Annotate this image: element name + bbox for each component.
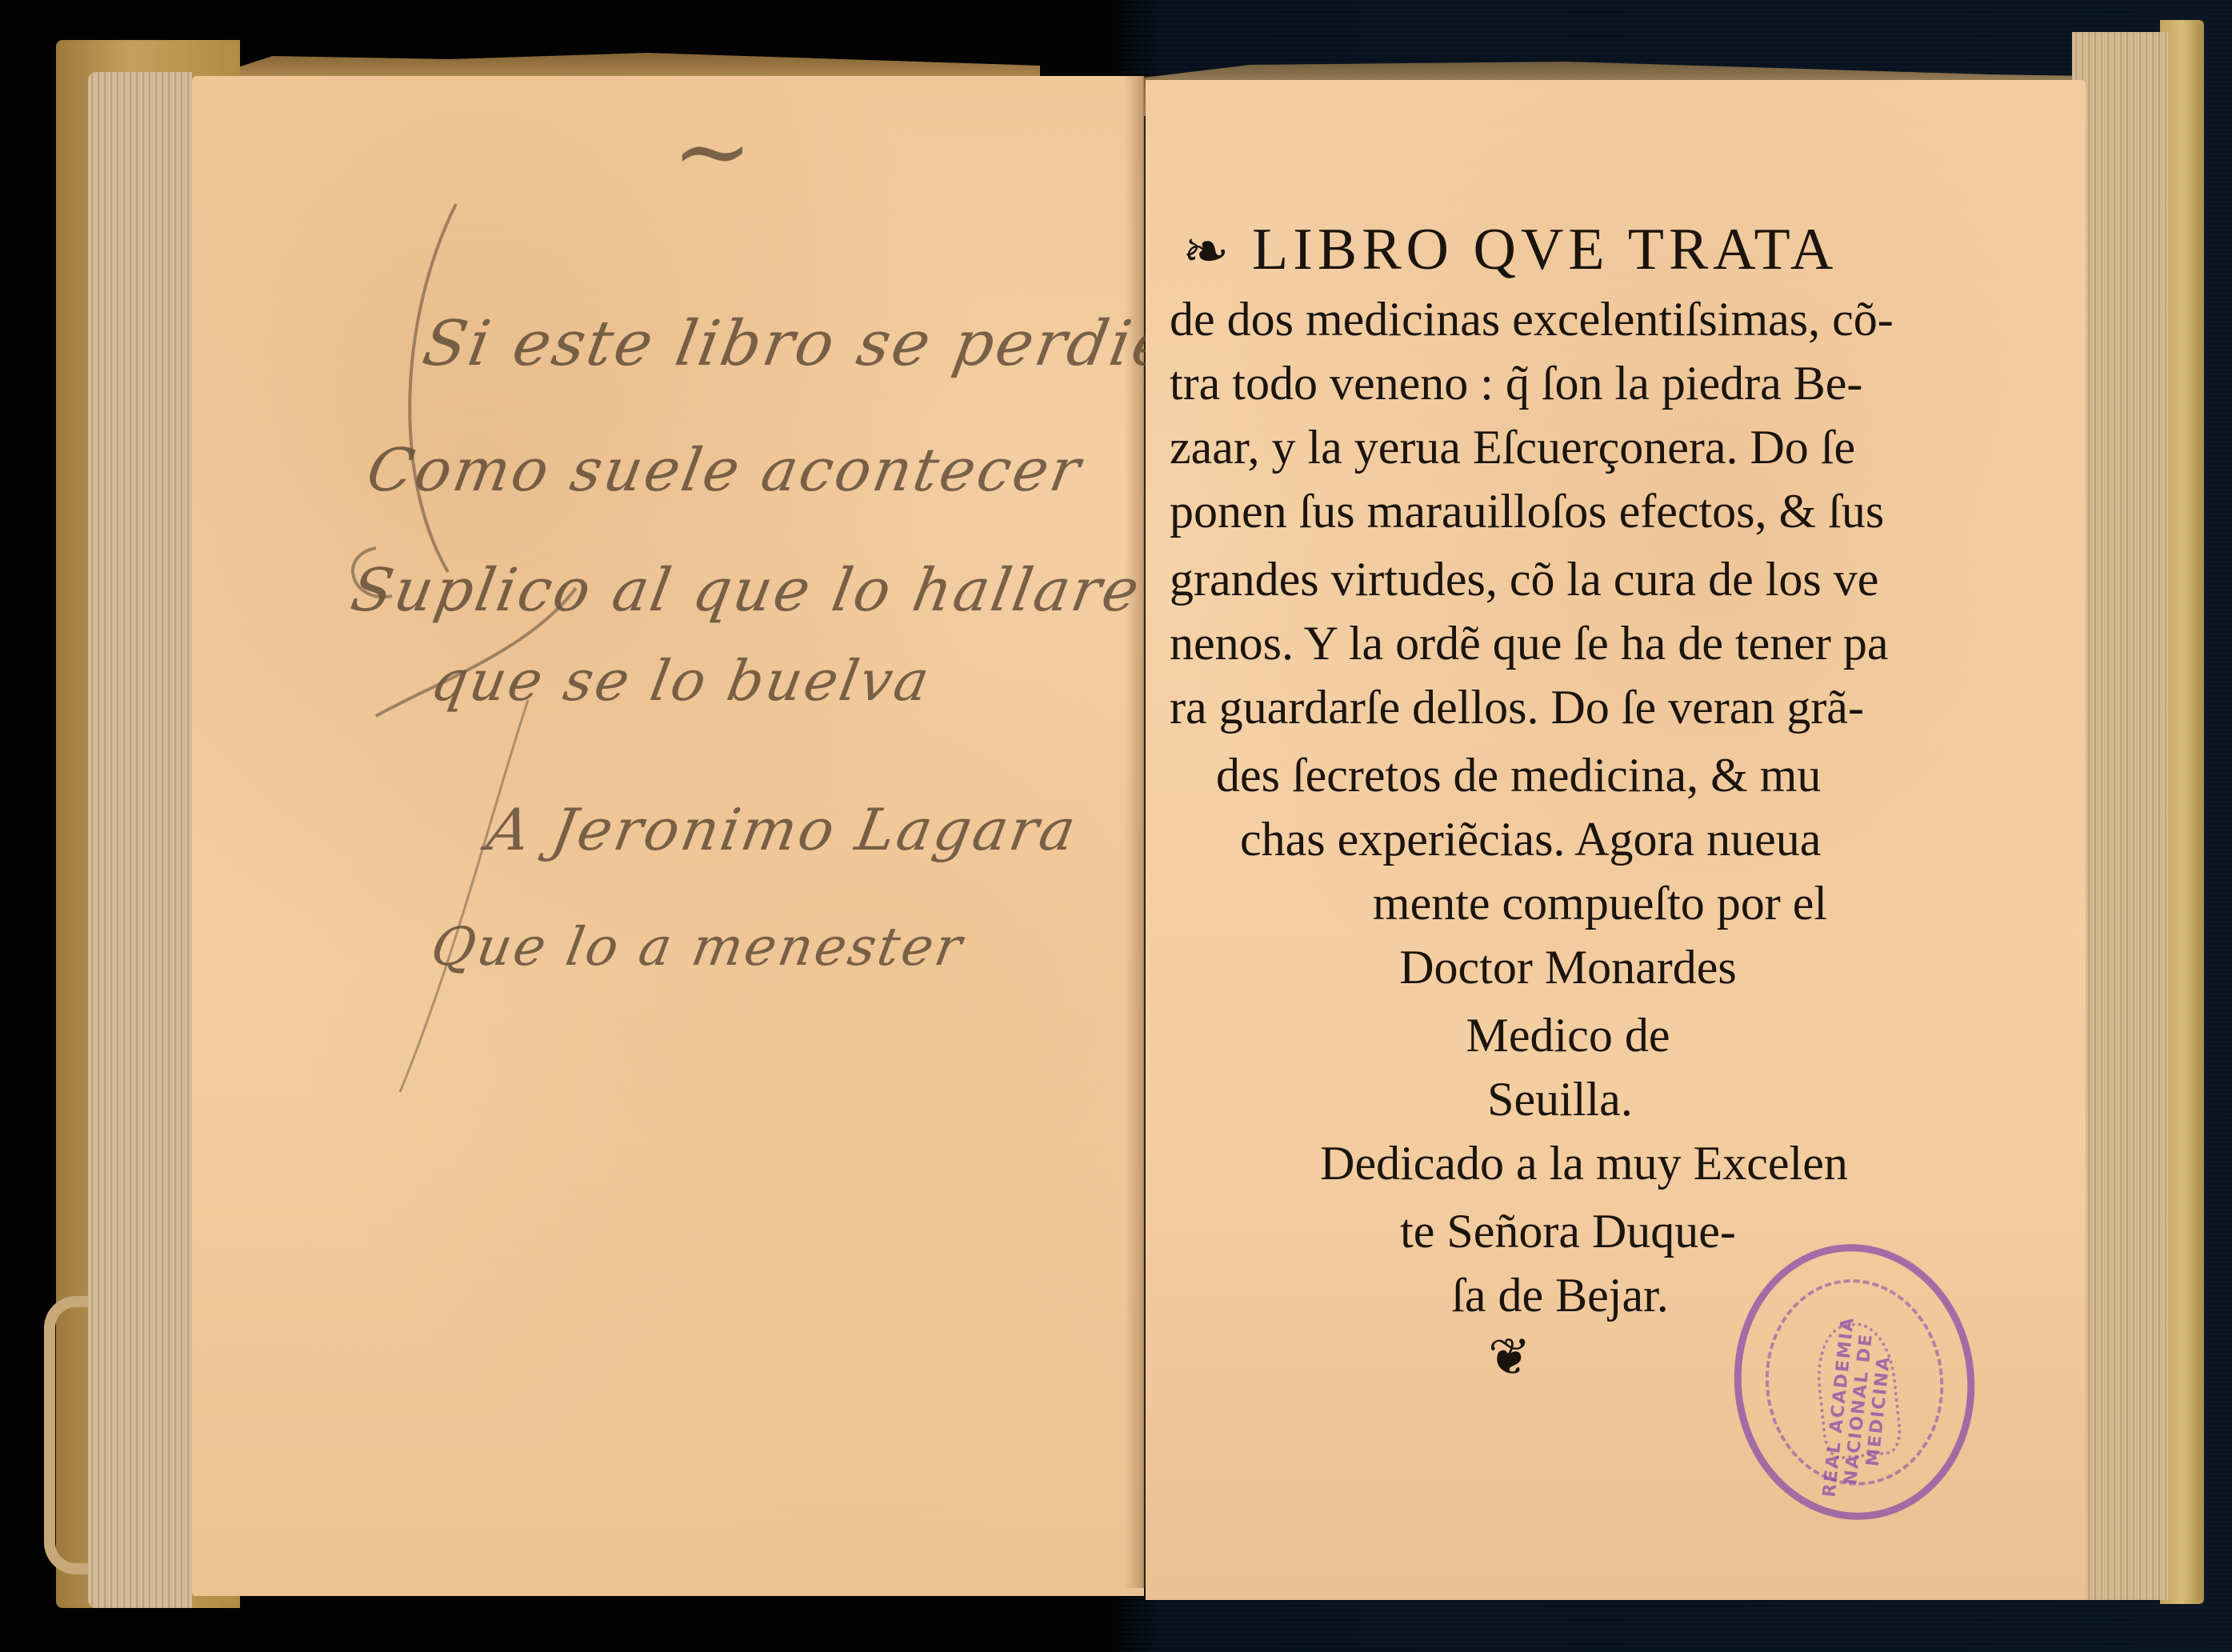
manuscript-swash-icon [192, 76, 1144, 1596]
left-page: ~ Si este libro se perdiere Como suele a… [192, 76, 1144, 1596]
body-line-6: nenos. Y la ordẽ que ſe ha de tener pa [1170, 616, 1889, 671]
page-edges-left [88, 72, 192, 1608]
body-line-1: de dos medicinas excelentiſsimas, cõ- [1170, 292, 1894, 347]
body-line-8: des ſecretos de medicina, & mu [1216, 748, 1821, 803]
body-line-7: ra guardarſe dellos. Do ſe veran grã- [1170, 680, 1864, 735]
body-line-5: grandes virtudes, cõ la cura de los ve [1170, 552, 1878, 607]
title-line: LIBRO QVE TRATA [1252, 216, 1838, 284]
body-line-2: tra todo veneno : q̃ ſon la piedra Be- [1170, 356, 1862, 411]
place-line: Seuilla. [1120, 1072, 2000, 1127]
body-line-4: ponen ſus marauilloſos efectos, & ſus [1170, 484, 1884, 539]
tailpiece-ornament-icon: ❦ [1488, 1328, 1531, 1387]
page-edges-right [2072, 32, 2168, 1600]
centered-line-3: Medico de [1128, 1008, 2008, 1063]
centered-line-1: mente compueſto por el [1160, 876, 2040, 931]
fleuron-ornament-icon: ❧ [1182, 218, 1230, 285]
dedication-line-1: Dedicado a la muy Excelen [1144, 1136, 2024, 1191]
author-line: Doctor Monardes [1128, 940, 2008, 995]
body-line-9: chas experiẽcias. Agora nueua [1240, 812, 1821, 867]
body-line-3: zaar, y la yerua Eſcuerçonera. Do ſe [1170, 420, 1855, 475]
